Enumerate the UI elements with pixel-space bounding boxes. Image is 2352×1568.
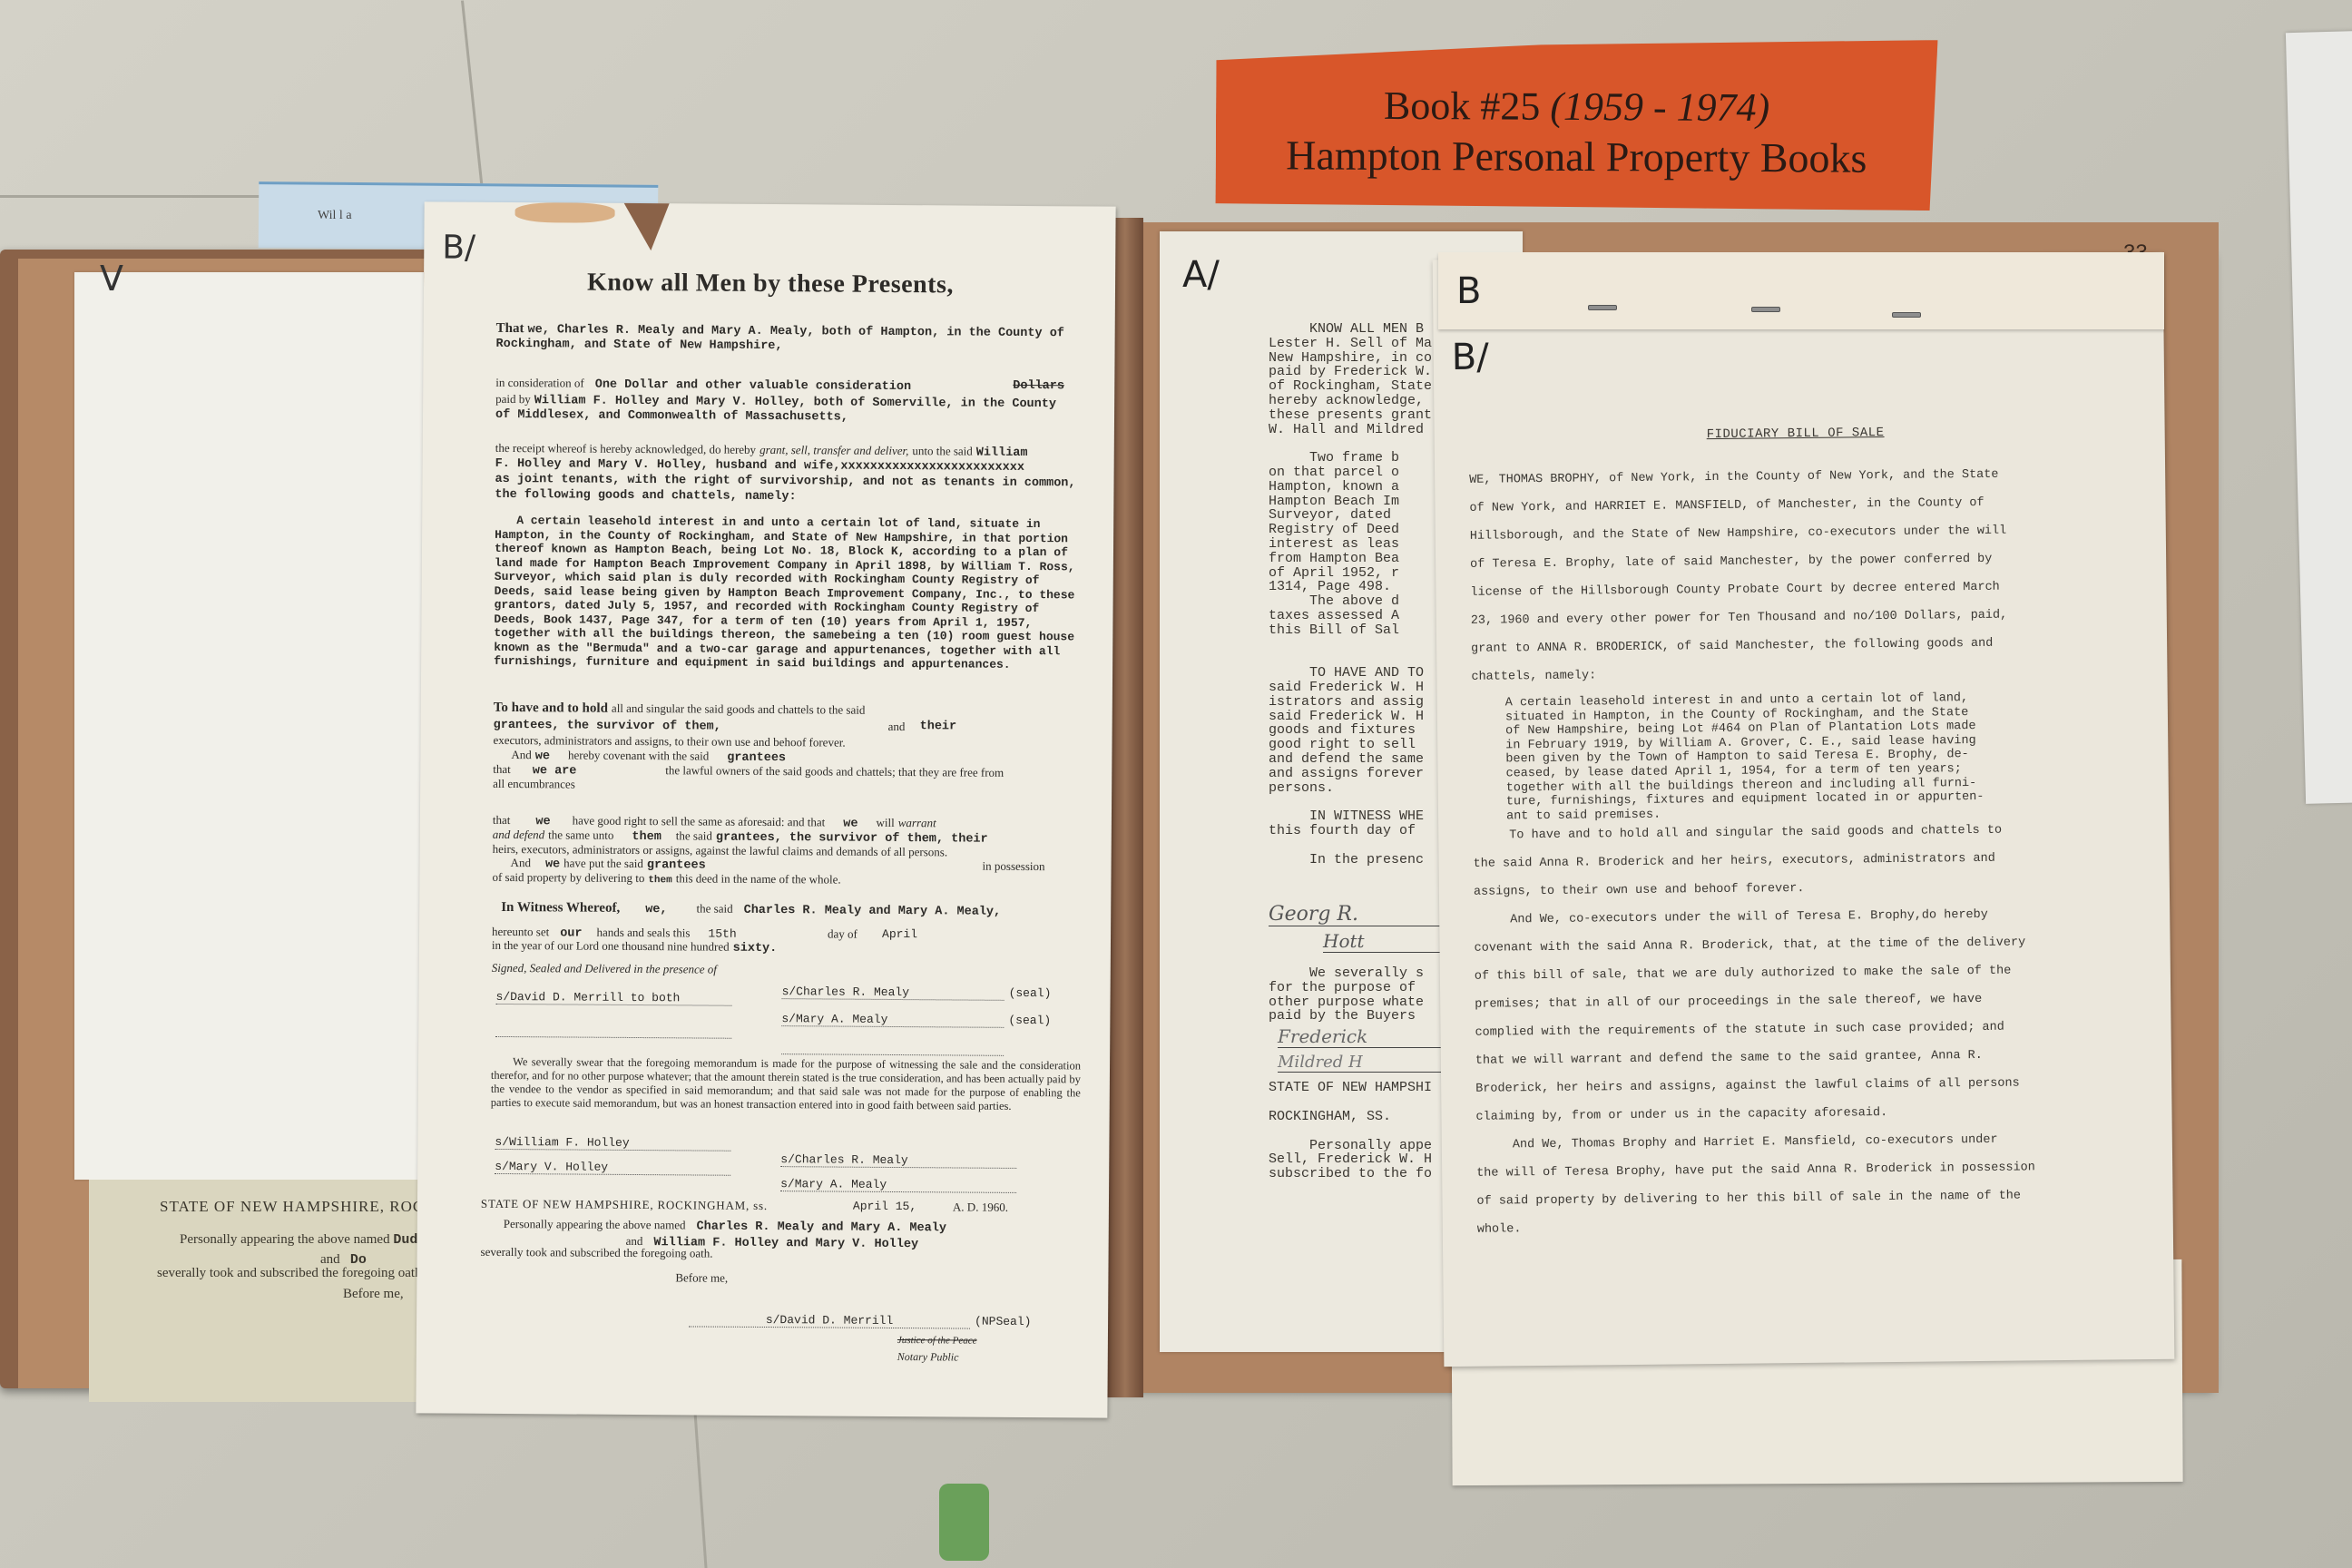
right-warrant: warrant [898, 816, 936, 829]
text-line: Surveyor, dated [1269, 508, 1399, 523]
state-text: STATE OF NEW HAMPSHIRE, ROCKINGHAM, ss. [481, 1197, 768, 1212]
state-year: A. D. 1960. [953, 1199, 1008, 1214]
handwritten-signature-4: Mildred H [1278, 1053, 1441, 1073]
paid-by-line-2: of Middlesex, and Commonwealth of Massac… [495, 407, 848, 426]
habendum-gothic: To have and to hold [494, 701, 608, 716]
text-line: taxes assessed A [1269, 609, 1399, 623]
np-seal: (NPSeal) [975, 1315, 1032, 1328]
property-description: A certain leasehold interest in and unto… [494, 514, 1075, 672]
witness-gothic: In Witness Whereof, [501, 900, 620, 916]
text-line: subscribed to the fo [1269, 1167, 1432, 1181]
handwritten-mark: B [1456, 270, 1481, 312]
that-word: That [496, 321, 524, 336]
text-line: on that parcel o [1269, 465, 1399, 480]
personally-oath: severally took and subscribed the forego… [481, 1244, 713, 1261]
possession-in: in possession [983, 858, 1045, 874]
year-line: in the year of our Lord one thousand nin… [492, 937, 777, 956]
book-label: Book #25 (1959 - 1974) Hampton Personal … [1216, 36, 1938, 211]
text-line: istrators and assig [1269, 695, 1424, 710]
doc-b-closing: To have and to hold all and singular the… [1473, 815, 2112, 1243]
text-line: STATE OF NEW HAMPSHI [1269, 1081, 1432, 1095]
text-line: this fourth day of [1269, 824, 1424, 838]
possession-them: them [648, 875, 671, 886]
text-line: and assigns forever [1269, 767, 1424, 781]
witness-line: In Witness Whereof, we, the said Charles… [501, 899, 1001, 920]
right-will: will [876, 816, 894, 829]
handwritten-signature-2: Hott [1323, 930, 1441, 953]
month: April [882, 926, 917, 942]
defend-italic: and defend [493, 828, 545, 841]
check-mark: V [100, 259, 123, 299]
text-line: persons. [1269, 781, 1334, 796]
doc-b-property: A certain leasehold interest in and unto… [1505, 691, 2078, 824]
blank-sheet [74, 272, 424, 1180]
text-line: New Hampshire, in co [1269, 351, 1432, 366]
text-line: of Rockingham, State [1269, 379, 1432, 394]
signed-line: Signed, Sealed and Delivered in the pres… [492, 960, 717, 977]
folder-tab-text: Wil l a [318, 209, 352, 223]
text-line: interest as leas [1269, 537, 1399, 552]
text-line: from Hampton Bea [1269, 552, 1399, 566]
text-line: KNOW ALL MEN B [1269, 322, 1424, 337]
defend-said: the said [676, 828, 712, 842]
stain [515, 202, 615, 223]
text-line: this Bill of Sal [1269, 623, 1399, 638]
grantors-line-2: Rockingham, and State of New Hampshire, [496, 337, 783, 354]
text-line: said Frederick W. H [1269, 710, 1424, 724]
habendum-text: all and singular the said goods and chat… [612, 701, 866, 717]
tear [623, 203, 669, 250]
grantee-1: William [976, 446, 1028, 460]
underlying-form: STATE OF NEW HAMPSHIRE, ROCKINGHAM Perso… [89, 1180, 452, 1402]
doc-b-heading: FIDUCIARY BILL OF SALE [1707, 426, 1885, 442]
before-me: Before me, [343, 1287, 404, 1302]
witness-names: Charles R. Mealy and Mary A. Mealy, [744, 904, 1002, 919]
year-word: sixty. [733, 942, 778, 955]
text-line: In the presenc [1269, 853, 1424, 867]
personally-text: Personally appearing the above named [180, 1232, 390, 1247]
receipt-pre: the receipt whereof is hereby acknowledg… [495, 441, 756, 456]
text-line: W. Hall and Mildred [1269, 423, 1432, 437]
witness-we: we, [645, 903, 667, 916]
seal-1: (seal) [1009, 986, 1052, 1000]
signed-italic: Signed, Sealed and Delivered in the pres… [492, 961, 717, 976]
covenant-line-3: all encumbrances [493, 776, 575, 792]
signature-blank [781, 1041, 1004, 1056]
grantee-line-4: the following goods and chattels, namely… [495, 487, 796, 505]
handwritten-signature-1: Georg R. [1269, 903, 1441, 926]
receipt-italic: grant, sell, transfer and deliver, [759, 443, 908, 457]
text-line: these presents grant [1269, 408, 1432, 423]
possession-line-2: of said property by delivering to them t… [492, 869, 840, 890]
label-book-number: Book #25 [1384, 83, 1551, 129]
text-line: goods and fixtures [1269, 723, 1424, 738]
witness-signature: s/David D. Merrill to both [495, 990, 731, 1006]
text-line: paid by the Buyers [1269, 1009, 1424, 1024]
oath-signature-charles: s/Charles R. Mealy [780, 1152, 1016, 1169]
text-line: Sell, Frederick W. H [1269, 1152, 1432, 1167]
signature-charles: s/Charles R. Mealy [782, 985, 1004, 1001]
handwritten-mark: A/ [1182, 254, 1220, 296]
handwritten-mark: B/ [442, 229, 475, 266]
covenant-and: And [511, 748, 531, 761]
oath-line: severally took and subscribed the forego… [157, 1266, 425, 1281]
oath-signature-mary-a: s/Mary A. Mealy [780, 1177, 1016, 1193]
oath-signature-william: s/William F. Holley [495, 1135, 730, 1151]
day-of: day of [828, 926, 857, 941]
text-line: Registry of Deed [1269, 523, 1399, 537]
text-line: hereby acknowledge, [1269, 394, 1432, 408]
text-line: IN WITNESS WHE [1269, 809, 1424, 824]
green-binder-clip [939, 1484, 989, 1561]
text-line: Hampton Beach Im [1269, 495, 1399, 509]
text-line: TO HAVE AND TO [1269, 666, 1424, 681]
signature-mary: s/Mary A. Mealy [781, 1012, 1004, 1028]
possession-whole: this deed in the name of the whole. [676, 871, 841, 886]
text-line: Personally appe [1269, 1139, 1432, 1153]
text-line: other purpose whate [1269, 995, 1424, 1010]
before-me: Before me, [675, 1269, 728, 1285]
doc-b-opening: WE, THOMAS BROPHY, of New York, in the C… [1469, 460, 2107, 691]
label-years: (1959 - 1974) [1550, 84, 1769, 130]
possession-text: have put the said [563, 856, 643, 870]
year-text: in the year of our Lord one thousand nin… [492, 938, 730, 954]
text-line: ROCKINGHAM, SS. [1269, 1110, 1391, 1124]
doc-b-stapled-flap: B [1438, 252, 2164, 329]
habendum-and: and [888, 719, 906, 734]
habendum-grantees: grantees, the survivor of them, [494, 719, 721, 734]
witness-said: the said [697, 901, 733, 915]
and-text: and [320, 1252, 340, 1267]
text-line: of April 1952, r [1269, 566, 1399, 581]
text-line: paid by Frederick W. [1269, 365, 1432, 379]
text-line: We severally s [1269, 966, 1424, 981]
bill-of-sale-mealy: B/ Know all Men by these Presents, That … [416, 201, 1115, 1417]
text-line: Hampton, known a [1269, 480, 1399, 495]
oath-paragraph: We severally swear that the foregoing me… [491, 1055, 1081, 1114]
staple [1892, 312, 1921, 318]
oath-signature-mary-v: s/Mary V. Holley [495, 1160, 730, 1176]
right-that: that [493, 813, 511, 827]
text-line: and defend the same [1269, 752, 1424, 767]
paid-by-label: paid by [495, 392, 531, 406]
personally-text: Personally appearing the above named [504, 1217, 686, 1231]
covenant-text: hereby covenant with the said [568, 748, 709, 762]
deed-title: Know all Men by these Presents, [587, 269, 954, 300]
staple [1588, 305, 1617, 310]
consideration-label: in consideration of [495, 376, 584, 390]
text-line: chattels, namely: [1471, 656, 2106, 691]
dollars-struck: Dollars [1013, 378, 1064, 394]
state-date: April 15, [853, 1199, 916, 1214]
possession-and: And [511, 856, 531, 869]
fiduciary-bill-of-sale: B/ FIDUCIARY BILL OF SALE WE, THOMAS BRO… [1433, 252, 2175, 1367]
handwritten-mark: B/ [1452, 337, 1489, 378]
struck-title: Justice of the Peace [897, 1335, 977, 1347]
seal-2: (seal) [1008, 1014, 1051, 1027]
handwritten-signature-3: Frederick [1278, 1025, 1441, 1048]
witness-signature-blank [495, 1024, 731, 1039]
staple [1751, 307, 1780, 312]
text-line: good right to sell [1269, 738, 1424, 752]
habendum-their: their [920, 719, 957, 734]
text-line: said Frederick W. H [1269, 681, 1424, 695]
defend-text: the same unto [548, 828, 613, 842]
notary-title: Notary Public [897, 1350, 959, 1364]
text-line: The above d [1269, 594, 1399, 609]
text-line: 1314, Page 498. [1269, 580, 1399, 594]
text-line: Lester H. Sell of Ma [1269, 337, 1432, 351]
state-line: STATE OF NEW HAMPSHIRE, ROCKINGHAM, ss.A… [481, 1196, 768, 1213]
possession-deliver: of said property by delivering to [492, 870, 644, 885]
text-line: for the purpose of [1269, 981, 1424, 995]
covenant-that: that [493, 762, 511, 776]
covenant-owners: the lawful owners of the said goods and … [665, 762, 1004, 780]
personally-line: Personally appearing the above named Dud… [180, 1232, 434, 1248]
notary-signature: s/David D. Merrill [689, 1312, 970, 1328]
text-line: Two frame b [1269, 451, 1399, 465]
label-title: Hampton Personal Property Books [1286, 130, 1867, 183]
receipt-post: unto the said [912, 444, 973, 457]
